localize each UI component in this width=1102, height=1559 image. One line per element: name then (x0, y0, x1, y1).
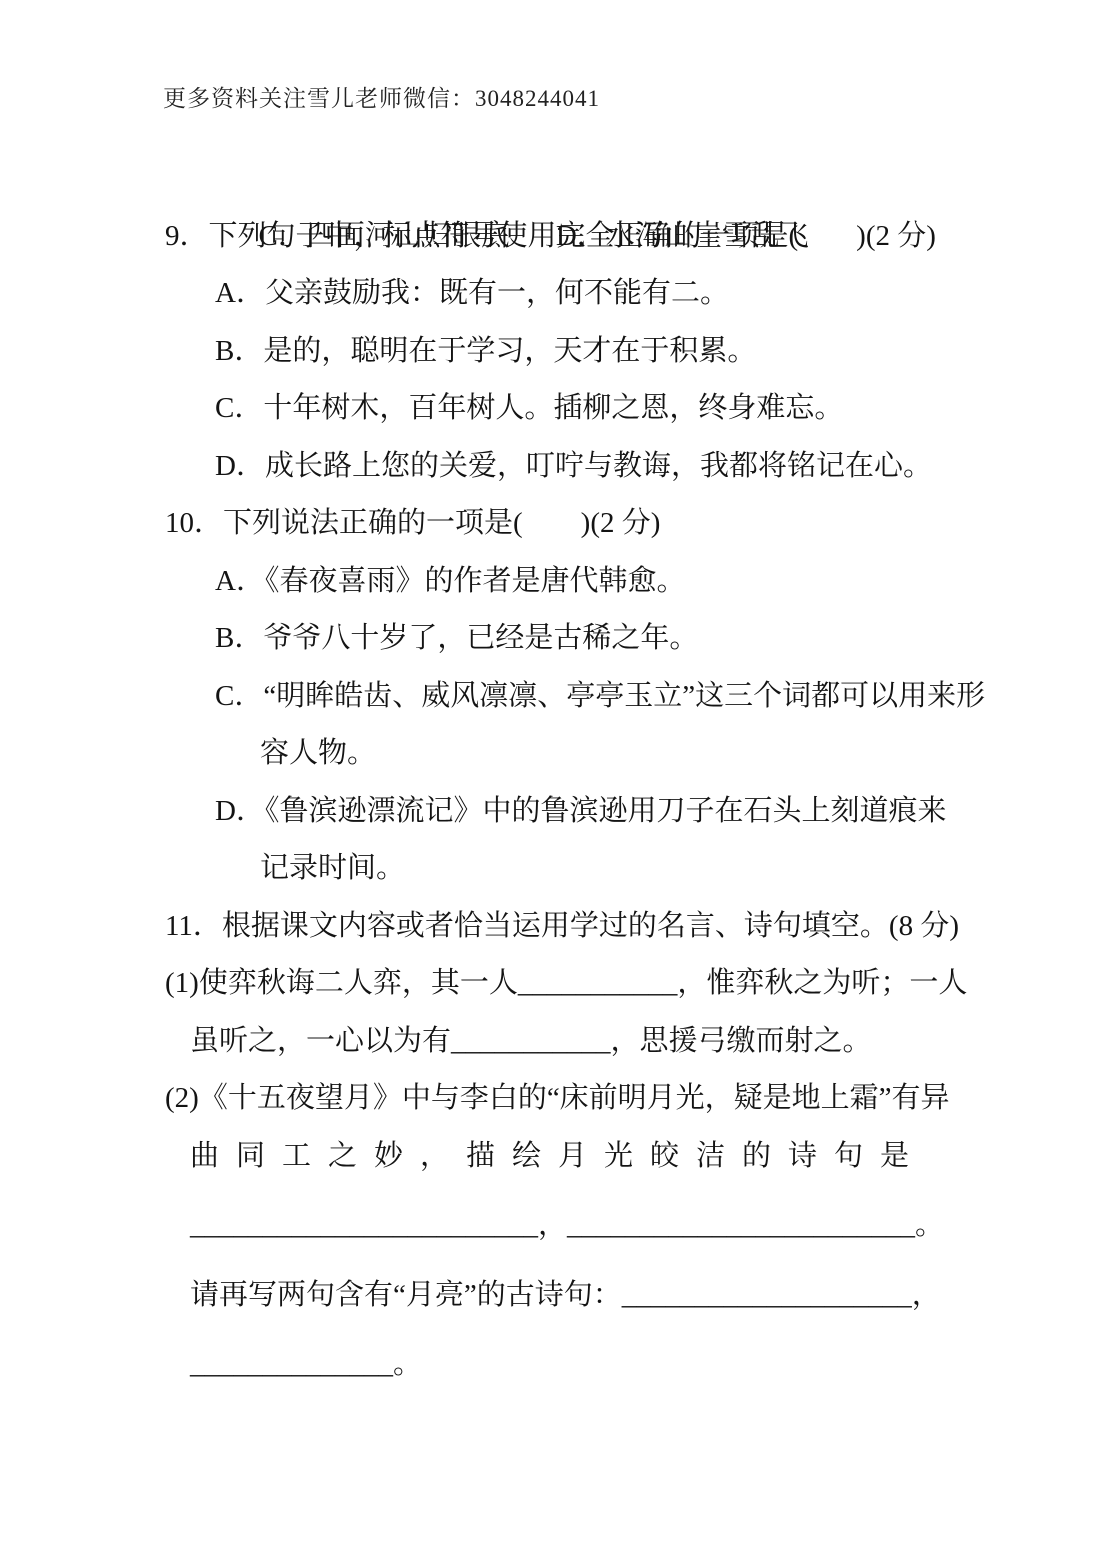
prev-question-options-row: C．四面河山归眼底D．水泻山崖雪乱飞 (0, 150, 1102, 208)
question-10-option-d-line2: 记录时间。 (0, 840, 1102, 898)
question-9-option-b: B．是的，聪明在于学习，天才在于积累。 (0, 323, 1102, 381)
question-10-option-c-line2: 容人物。 (0, 725, 1102, 783)
question-11-part1-line1: (1)使弈秋诲二人弈，其一人___________，惟弈秋之为听；一人 (0, 955, 1102, 1013)
question-10-option-c-line1: C．“明眸皓齿、威风凛凛、亭亭玉立”这三个词都可以用来形 (0, 668, 1102, 726)
question-11-part1-line2: 虽听之，一心以为有___________，思援弓缴而射之。 (0, 1013, 1102, 1071)
question-10-option-b: B．爷爷八十岁了，已经是古稀之年。 (0, 610, 1102, 668)
question-9-option-d: D．成长路上您的关爱，叮咛与教诲，我都将铭记在心。 (0, 438, 1102, 496)
question-10-option-d-line1: D．《鲁滨逊漂流记》中的鲁滨逊用刀子在石头上刻道痕来 (0, 783, 1102, 841)
question-10-option-a: A．《春夜喜雨》的作者是唐代韩愈。 (0, 553, 1102, 611)
exam-content: C．四面河山归眼底D．水泻山崖雪乱飞 9．下列句子中，标点符号使用完全正确的一项… (0, 150, 1102, 1394)
question-9-stem: 9．下列句子中，标点符号使用完全正确的一项是( )(2 分) (0, 208, 1102, 266)
header-promo-text: 更多资料关注雪儿老师微信：3048244041 (163, 80, 600, 113)
exam-paper-page: 更多资料关注雪儿老师微信：3048244041 C．四面河山归眼底D．水泻山崖雪… (0, 0, 1102, 1559)
question-9-option-a: A．父亲鼓励我：既有一，何不能有二。 (0, 265, 1102, 323)
question-11-part2-line2: 曲同工之妙，描绘月光皎洁的诗句是 (0, 1128, 1102, 1186)
question-11-part2-line1: (2)《十五夜望月》中与李白的“床前明月光，疑是地上霜”有异 (0, 1070, 1102, 1128)
question-10-stem: 10．下列说法正确的一项是( )(2 分) (0, 495, 1102, 553)
question-11-part2-line5: ______________。 (0, 1336, 1102, 1394)
question-9-option-c: C．十年树木，百年树人。插柳之恩，终身难忘。 (0, 380, 1102, 438)
question-11-part2-answer-blanks: ________________________，_______________… (0, 1197, 1102, 1255)
question-11-part2-line4: 请再写两句含有“月亮”的古诗句：____________________， (0, 1267, 1102, 1325)
question-11-stem: 11．根据课文内容或者恰当运用学过的名言、诗句填空。(8 分) (0, 898, 1102, 956)
